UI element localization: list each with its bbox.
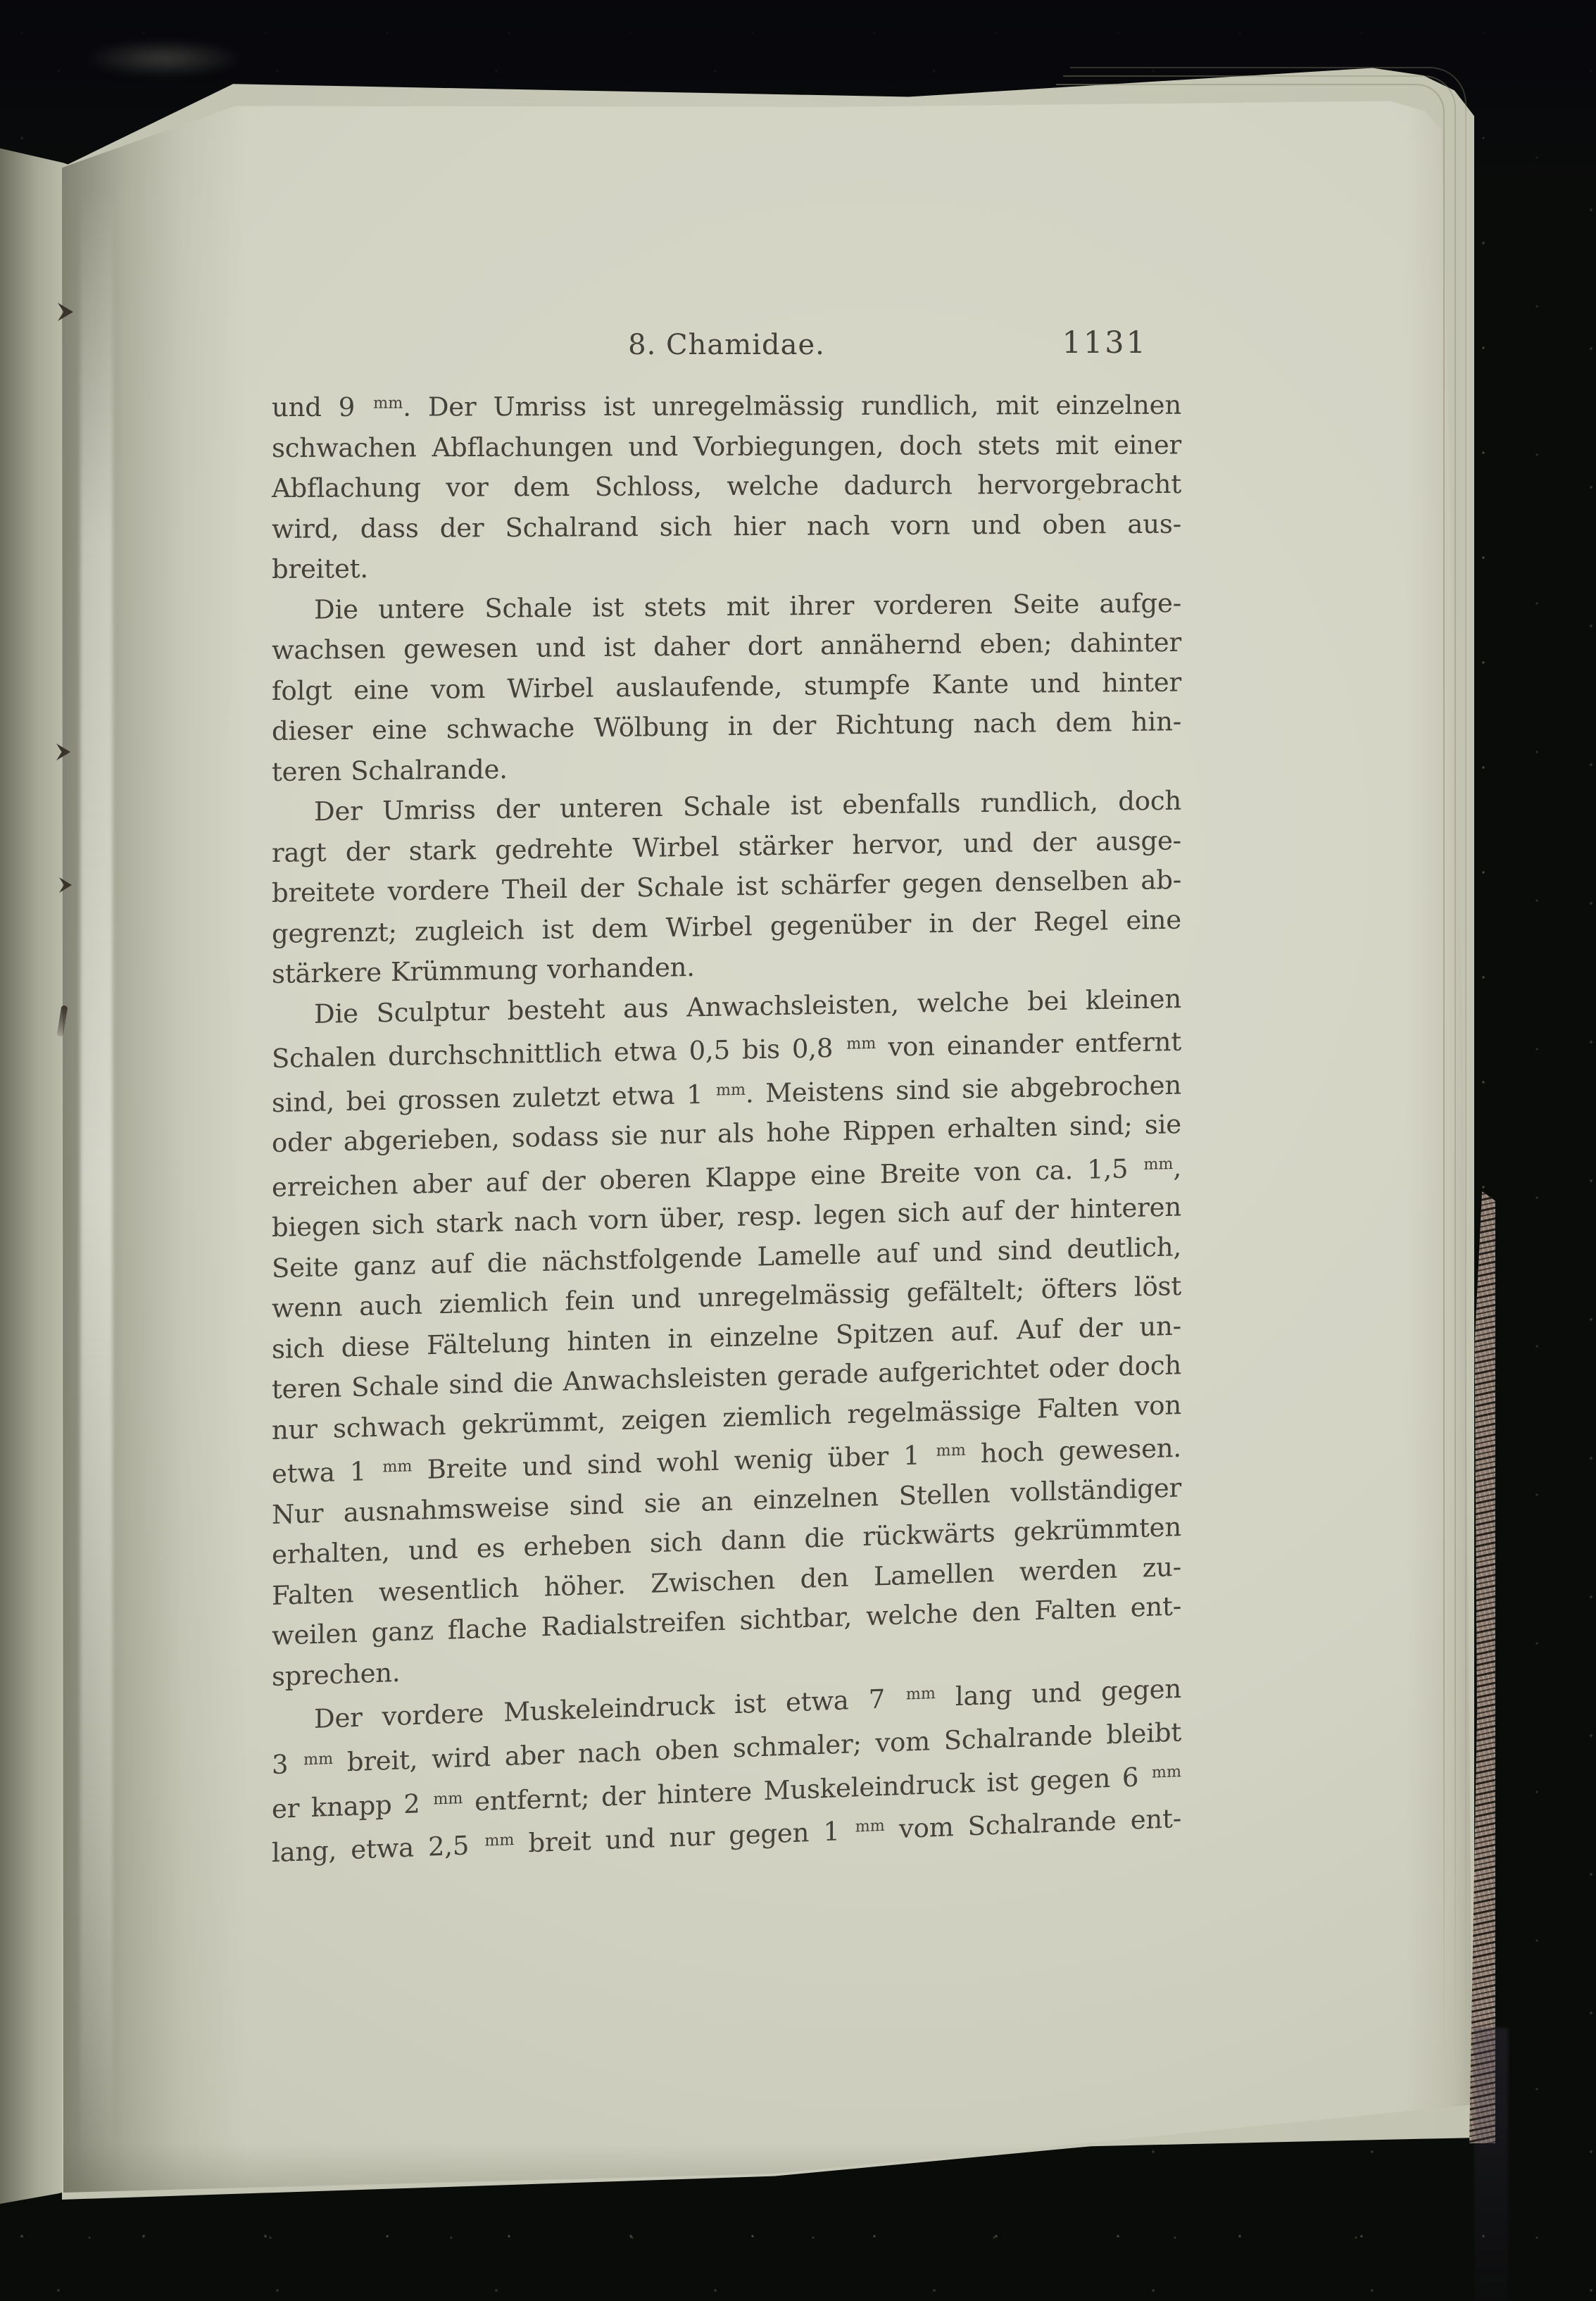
gutter-fold-highlight [80,183,113,2190]
text-line: Abflachung vor dem Schloss, welche dadur… [272,464,1181,508]
text-line: breitet. [272,543,1181,589]
running-head-page-number: 1131 [1062,325,1148,360]
foxing-spot [988,846,993,851]
text-line: wird, dass der Schalrand sich hier nach … [272,503,1181,549]
body-text: und 9 mm. Der Umriss ist unregelmässig r… [272,384,1181,1874]
bottom-edge-shadow [61,2143,1473,2193]
book-scan-photo: 8. Chamidae. 1131 und 9 mm. Der Umriss i… [0,0,1596,2301]
cover-edge-shadow [1474,2028,1508,2301]
running-head-section: 8. Chamidae. [272,329,1181,361]
foxing-spot [1078,498,1081,501]
text-line: und 9 mm. Der Umriss ist unregelmässig r… [272,382,1181,428]
running-head: 8. Chamidae. 1131 [272,329,1181,368]
book-page: 8. Chamidae. 1131 und 9 mm. Der Umriss i… [61,99,1473,2193]
text-line: schwachen Abflachungen und Vorbiegungen,… [272,425,1181,468]
gutter-top-smudge [83,39,245,77]
foxing-spot [731,2177,734,2181]
